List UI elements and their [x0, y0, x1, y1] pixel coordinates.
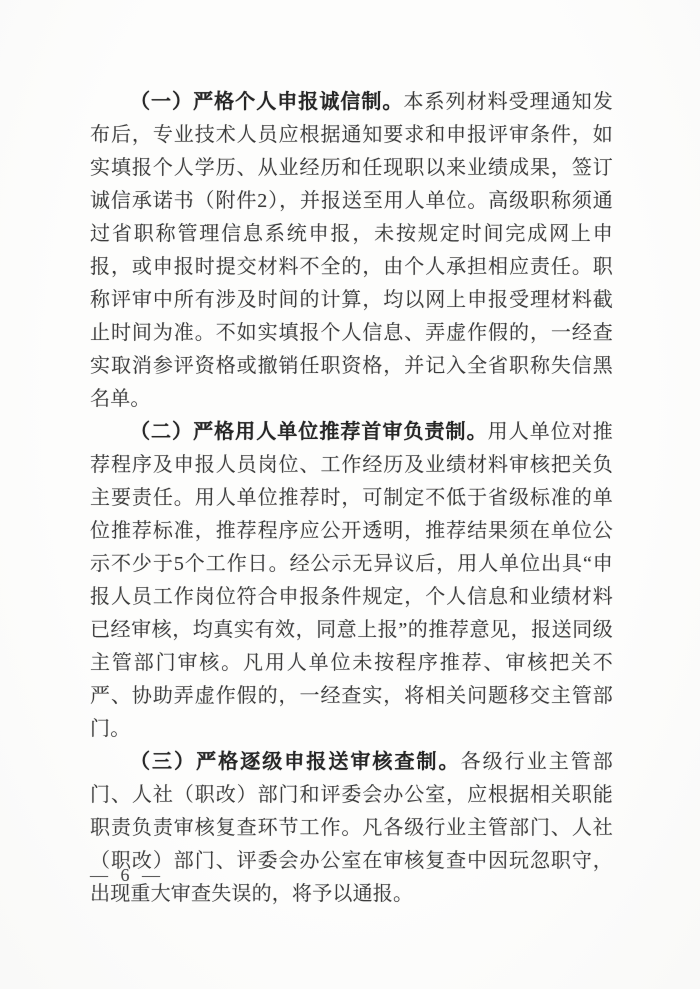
- paragraph-3-body: 各级行业主管部门、人社（职改）部门和评委会办公室，应根据相关职能职责负责审核复查…: [90, 751, 613, 905]
- paragraph-2: （二）严格用人单位推荐首审负责制。用人单位对推荐程序及申报人员岗位、工作经历及业…: [90, 416, 613, 746]
- document-page: （一）严格个人申报诚信制。本系列材料受理通知发布后，专业技术人员应根据通知要求和…: [0, 0, 700, 989]
- page-number: — 6 —: [90, 862, 164, 888]
- paragraph-1-heading: （一）严格个人申报诚信制。: [130, 91, 403, 113]
- paragraph-2-body: 用人单位对推荐程序及申报人员岗位、工作经历及业绩材料审核把关负主要责任。用人单位…: [90, 421, 613, 740]
- document-body: （一）严格个人申报诚信制。本系列材料受理通知发布后，专业技术人员应根据通知要求和…: [90, 86, 613, 911]
- paragraph-1: （一）严格个人申报诚信制。本系列材料受理通知发布后，专业技术人员应根据通知要求和…: [90, 86, 613, 416]
- paragraph-3: （三）严格逐级申报送审核查制。各级行业主管部门、人社（职改）部门和评委会办公室，…: [90, 746, 613, 911]
- paragraph-3-heading: （三）严格逐级申报送审核查制。: [130, 751, 461, 773]
- paragraph-2-heading: （二）严格用人单位推荐首审负责制。: [130, 421, 488, 443]
- paragraph-1-body: 本系列材料受理通知发布后，专业技术人员应根据通知要求和申报评审条件，如实填报个人…: [90, 91, 613, 410]
